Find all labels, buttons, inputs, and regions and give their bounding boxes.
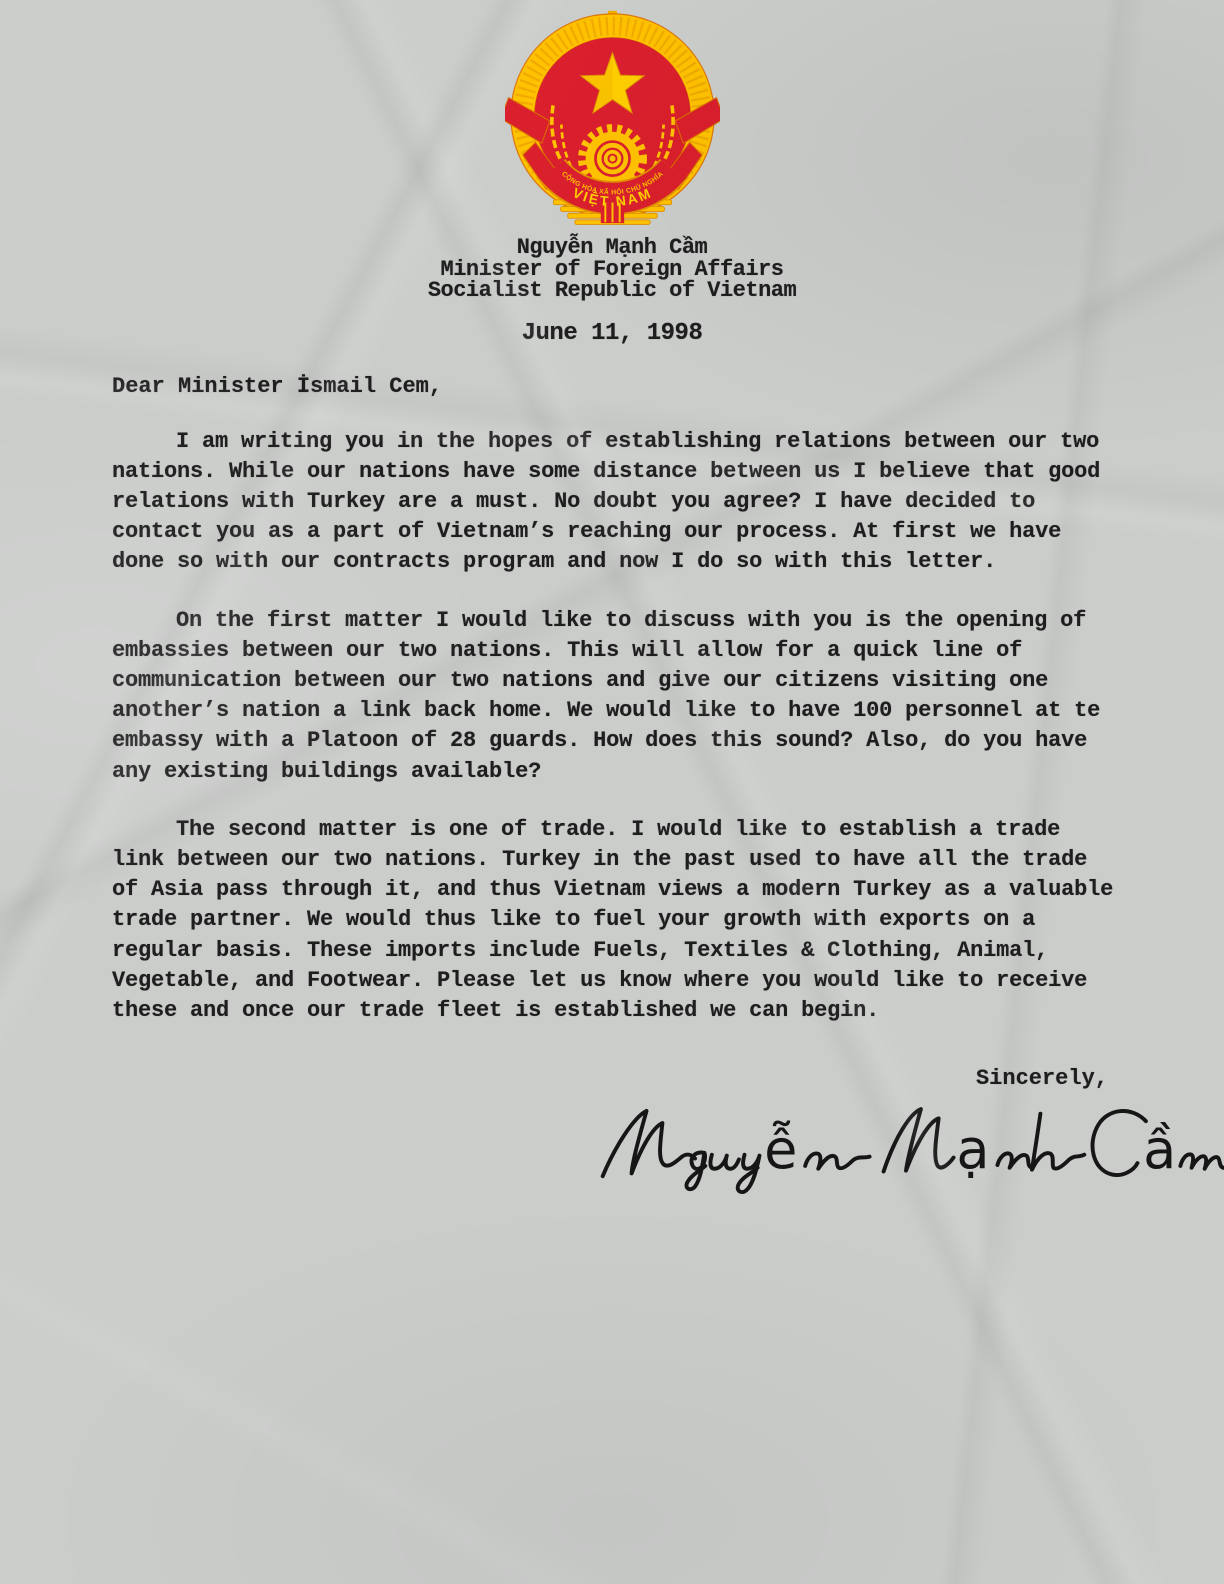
vietnam-emblem-icon: CỘNG HÒA XÃ HỘI CHỦ NGHĨA VIỆT NAM: [505, 8, 720, 225]
sender-country: Socialist Republic of Vietnam: [0, 280, 1224, 302]
letter-body: Dear Minister İsmail Cem, I am writing y…: [0, 374, 1224, 1204]
salutation: Dear Minister İsmail Cem,: [112, 374, 1120, 399]
letterhead: CỘNG HÒA XÃ HỘI CHỦ NGHĨA VIỆT NAM Nguyễ…: [0, 0, 1224, 347]
letter-date: June 11, 1998: [0, 320, 1224, 347]
signature-strokes: [603, 1109, 1224, 1192]
signature-accented-glyphs: ễ ạ ầ: [764, 1118, 1176, 1181]
sender-title: Minister of Foreign Affairs: [0, 259, 1224, 281]
paragraph-1: I am writing you in the hopes of establi…: [112, 427, 1120, 578]
letter-page: CỘNG HÒA XÃ HỘI CHỦ NGHĨA VIỆT NAM Nguyễ…: [0, 0, 1224, 1203]
paragraph-2: On the first matter I would like to disc…: [112, 606, 1120, 787]
signature-handwriting: ễ ạ ầ: [598, 1085, 1224, 1203]
sender-name: Nguyễn Mạnh Cầm: [0, 237, 1224, 259]
svg-text:ạ: ạ: [956, 1118, 989, 1181]
svg-text:ễ: ễ: [764, 1118, 797, 1181]
paragraph-3: The second matter is one of trade. I wou…: [112, 815, 1120, 1026]
svg-text:ầ: ầ: [1143, 1118, 1176, 1181]
